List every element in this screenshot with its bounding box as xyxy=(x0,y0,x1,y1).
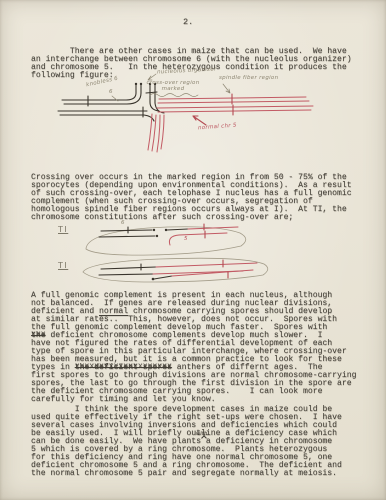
typed-line: the normal chromosome 5 pair and segrega… xyxy=(31,470,342,478)
nucleus-black-chromosome-segments xyxy=(99,227,188,280)
annotation-spindle-fiber-region: spindle fiber region xyxy=(219,75,278,81)
typed-line: chromosome constitutions after such cros… xyxy=(31,214,352,222)
annotation-knobless-6-number: 6 xyxy=(109,89,113,95)
paragraph-4: I think the spore development cases in m… xyxy=(31,406,342,478)
scanned-letter-page: 2. There are other cases in maize that c… xyxy=(0,0,386,500)
inserted-word: with xyxy=(196,430,207,438)
label-chromosome-5: 5 xyxy=(184,236,188,242)
figure-label-ti-2: TI xyxy=(58,261,68,270)
struck-out-word: the xyxy=(31,331,46,340)
annotation-crossover-region: cross-over regionmarked xyxy=(145,80,201,92)
interchange-cross-figure: knobless 6 6 nucleolus organizer cross-o… xyxy=(0,64,386,180)
nucleus-red-chromosome-segments xyxy=(153,224,257,278)
struck-out-phrase: the deficient spores xyxy=(75,363,172,372)
annotation-crossover-region-line2: marked xyxy=(162,86,185,92)
label-chromosome-6: 6 xyxy=(121,220,125,226)
paragraph-3: A full genomic complement is present in … xyxy=(31,292,356,404)
typed-line: carefully for timing and let you know. xyxy=(31,396,356,404)
paragraph-2: Crossing over occurs in the marked regio… xyxy=(31,174,352,222)
page-number: 2. xyxy=(183,17,193,27)
figure-label-ti-1: TI xyxy=(58,225,68,234)
